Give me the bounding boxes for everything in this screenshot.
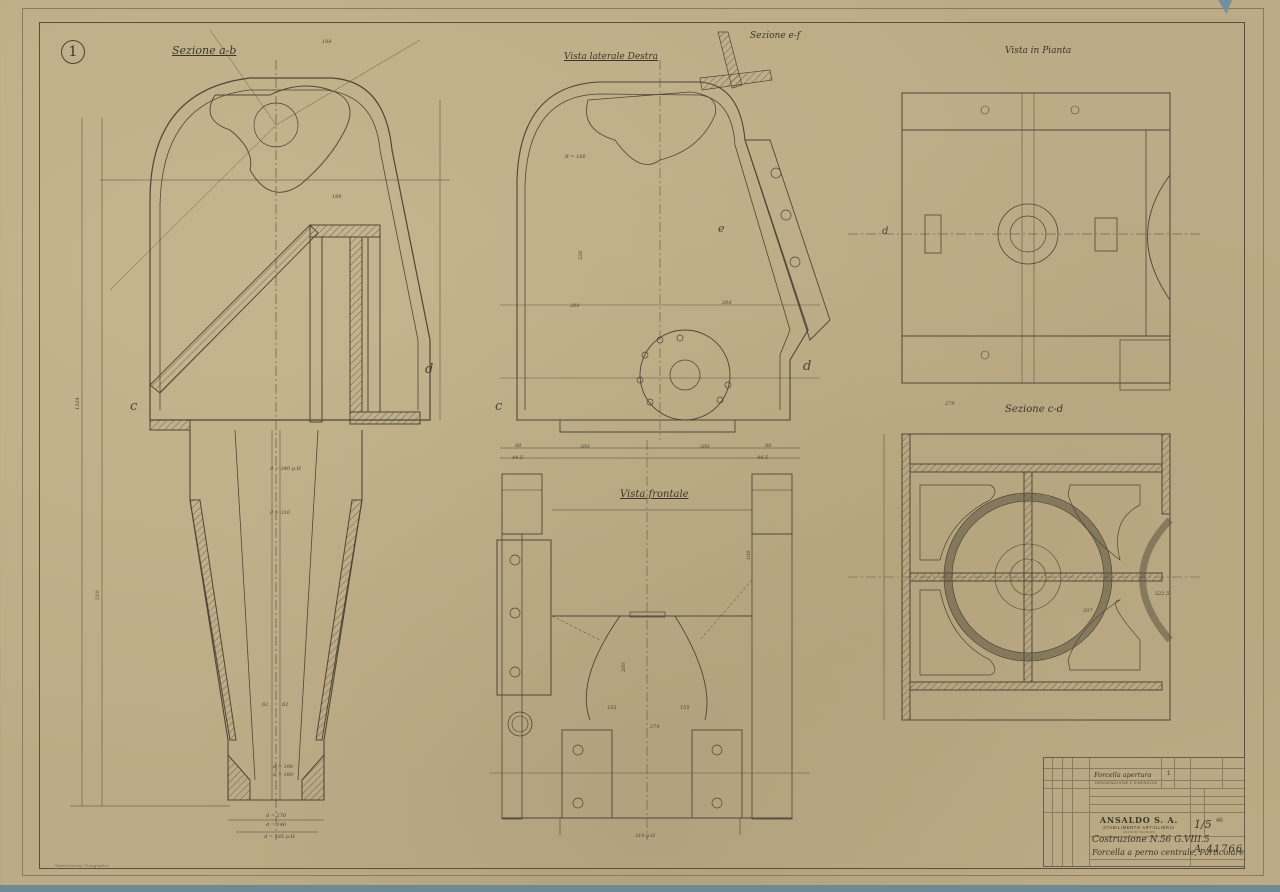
company-name: ANSALDO S. A. xyxy=(1090,815,1188,825)
company-office: UFFICIO TECNICO xyxy=(1090,830,1188,834)
dim-text: 288 xyxy=(569,303,580,309)
dim-text: d = 185 p.H xyxy=(264,834,295,840)
dim-text: 100 xyxy=(746,550,752,560)
dim-text: 200 xyxy=(699,444,710,450)
title-block: Forcella apertura 1 DENOMINAZIONE E DIME… xyxy=(1043,757,1245,867)
dim-text: 279 xyxy=(944,401,955,407)
dim-text: 155 xyxy=(607,705,617,711)
dim-text: d = 310 xyxy=(270,510,291,516)
marker-e: e xyxy=(718,222,725,235)
dim-text: 62 xyxy=(282,702,288,708)
dim-text: R = 160 xyxy=(564,154,586,160)
marker-d-plan: d xyxy=(882,226,888,237)
section-ab-view xyxy=(70,30,450,840)
construction-code: Costruzione N.56 G.VIII.5 xyxy=(1092,835,1210,845)
drawing-number: A 41766 xyxy=(1194,844,1243,855)
part-quantity: 1 xyxy=(1167,771,1170,777)
dim-text: 88 xyxy=(765,443,771,449)
drawing-scale: 1/5 xyxy=(1194,818,1212,831)
dim-text: d = 170 xyxy=(266,813,287,819)
dim-text: 274 xyxy=(649,724,660,730)
dim-text: 1324 xyxy=(75,397,81,410)
dim-text: 44,5 xyxy=(756,455,768,461)
front-view xyxy=(490,440,810,840)
dim-text: d = 190 xyxy=(273,764,294,770)
dim-text: 44,5 xyxy=(511,455,523,461)
dim-text: 88 xyxy=(515,443,521,449)
plan-view xyxy=(848,93,1200,390)
dim-text: 526 xyxy=(578,250,584,260)
dim-text: 207 xyxy=(1082,608,1093,614)
dim-text: 200 xyxy=(579,444,590,450)
dim-text: 188 xyxy=(332,194,342,200)
dim-text: 62 xyxy=(262,702,268,708)
marker-d-right: d xyxy=(803,359,811,374)
dim-text: d = 146 xyxy=(266,822,287,828)
dim-text: 310 p.H xyxy=(635,833,656,839)
marker-d-left: d xyxy=(425,362,433,377)
revision-number: 46 xyxy=(1216,818,1223,824)
dim-text: d = 180 xyxy=(273,772,294,778)
marker-c-left: c xyxy=(130,399,138,414)
part-subheader: DENOMINAZIONE E DIMENSIONI xyxy=(1095,781,1157,785)
section-cd-view xyxy=(848,434,1200,720)
right-side-view xyxy=(500,32,830,440)
dim-text: 510 xyxy=(95,590,101,600)
dim-text: 155 xyxy=(680,705,690,711)
marker-c-right: c xyxy=(495,399,503,414)
drawing-sheet: 1 Sezione a-b Vista laterale Destra Sezi… xyxy=(0,0,1280,885)
dim-text: d = 340 p.H xyxy=(270,466,301,472)
part-name: Forcella apertura xyxy=(1094,771,1152,779)
dim-text: 200 xyxy=(621,662,627,673)
printer-mark: Stabilimento Tipografico xyxy=(55,863,110,868)
dim-text: 208 xyxy=(721,300,732,306)
dim-text: 188 xyxy=(322,39,332,45)
dim-text: 522.5 xyxy=(1155,591,1169,597)
